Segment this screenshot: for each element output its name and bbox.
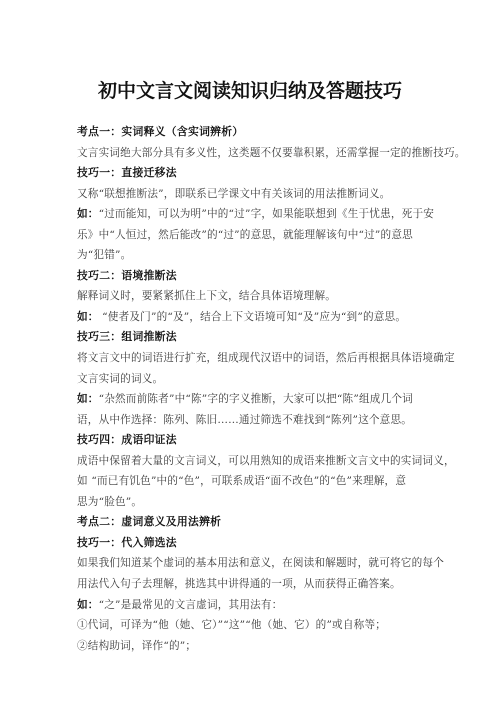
example-label: 如： [77, 393, 99, 405]
example-text: “过而能知，可以为明”中的“过”字，如果能联想到《生于忧患，死于安 [99, 208, 434, 220]
paragraph-line: 乐》中“人恒过，然后能改”的“过”的意思，就能理解该句中“过”的意思 [77, 225, 427, 246]
example-text: “杂然而前陈者”中“陈”字的字义推断，大家可以把“陈”组成几个词 [99, 393, 413, 405]
document-title: 初中文言文阅读知识归纳及答题技巧 [0, 78, 500, 104]
technique-heading: 技巧一：直接迁移法 [77, 163, 427, 184]
example-text: “之”是最常见的文言虚词，其用法有： [99, 599, 283, 611]
paragraph-line: 如 “而已有饥色”中的“色”，可联系成语“面不改色”的“色”来理解，意 [77, 471, 427, 492]
example-line: 如：“之”是最常见的文言虚词，其用法有： [77, 595, 427, 616]
section-heading-2: 考点二：虚词意义及用法辨析 [77, 512, 427, 533]
list-item: ②结构助词，译作“的”； [77, 636, 427, 657]
section-heading-1: 考点一：实词释义（含实词辨析） [77, 122, 427, 143]
technique-heading: 技巧二：语境推断法 [77, 266, 427, 287]
example-label: 如： [77, 208, 99, 220]
paragraph-line: 将文言文中的词语进行扩充，组成现代汉语中的词语，然后再根据具体语境确定 [77, 348, 427, 369]
technique-heading: 技巧三：组词推断法 [77, 327, 427, 348]
paragraph-line: 又称“联想推断法”，即联系已学课文中有关该词的用法推断词义。 [77, 184, 427, 205]
example-label: 如： [77, 311, 99, 323]
technique-heading: 技巧四：成语印证法 [77, 430, 427, 451]
paragraph-line: 语，从中作选择：陈列、陈旧……通过筛选不难找到“陈列”这个意思。 [77, 410, 427, 431]
paragraph-line: 思为“脸色”。 [77, 492, 427, 513]
list-item: ①代词，可译为“他（她、它）”“这”“他（她、它）的”或自称等； [77, 615, 427, 636]
paragraph-line: 用法代入句子去理解，挑选其中讲得通的一项，从而获得正确答案。 [77, 574, 427, 595]
technique-heading: 技巧一：代入筛选法 [77, 533, 427, 554]
paragraph-line: 成语中保留着大量的文言词义，可以用熟知的成语来推断文言文中的实词词义， [77, 451, 427, 472]
example-line: 如：“杂然而前陈者”中“陈”字的字义推断，大家可以把“陈”组成几个词 [77, 389, 427, 410]
example-line: 如： “使者及门”的“及”，结合上下文语境可知“及”应为“到”的意思。 [77, 307, 427, 328]
paragraph-line: 解释词义时，要紧紧抓住上下文，结合具体语境理解。 [77, 286, 427, 307]
paragraph-line: 文言实词绝大部分具有多义性，这类题不仅要靠积累，还需掌握一定的推断技巧。 [77, 143, 427, 164]
document-body: 考点一：实词释义（含实词辨析） 文言实词绝大部分具有多义性，这类题不仅要靠积累，… [77, 122, 427, 656]
document-page: 初中文言文阅读知识归纳及答题技巧 考点一：实词释义（含实词辨析） 文言实词绝大部… [0, 0, 500, 707]
paragraph-line: 文言实词的词义。 [77, 369, 427, 390]
paragraph-line: 如果我们知道某个虚词的基本用法和意义，在阅读和解题时，就可将它的每个 [77, 553, 427, 574]
paragraph-line: 为“犯错”。 [77, 245, 427, 266]
example-label: 如： [77, 599, 99, 611]
example-text: “使者及门”的“及”，结合上下文语境可知“及”应为“到”的意思。 [99, 311, 407, 323]
example-line: 如：“过而能知，可以为明”中的“过”字，如果能联想到《生于忧患，死于安 [77, 204, 427, 225]
